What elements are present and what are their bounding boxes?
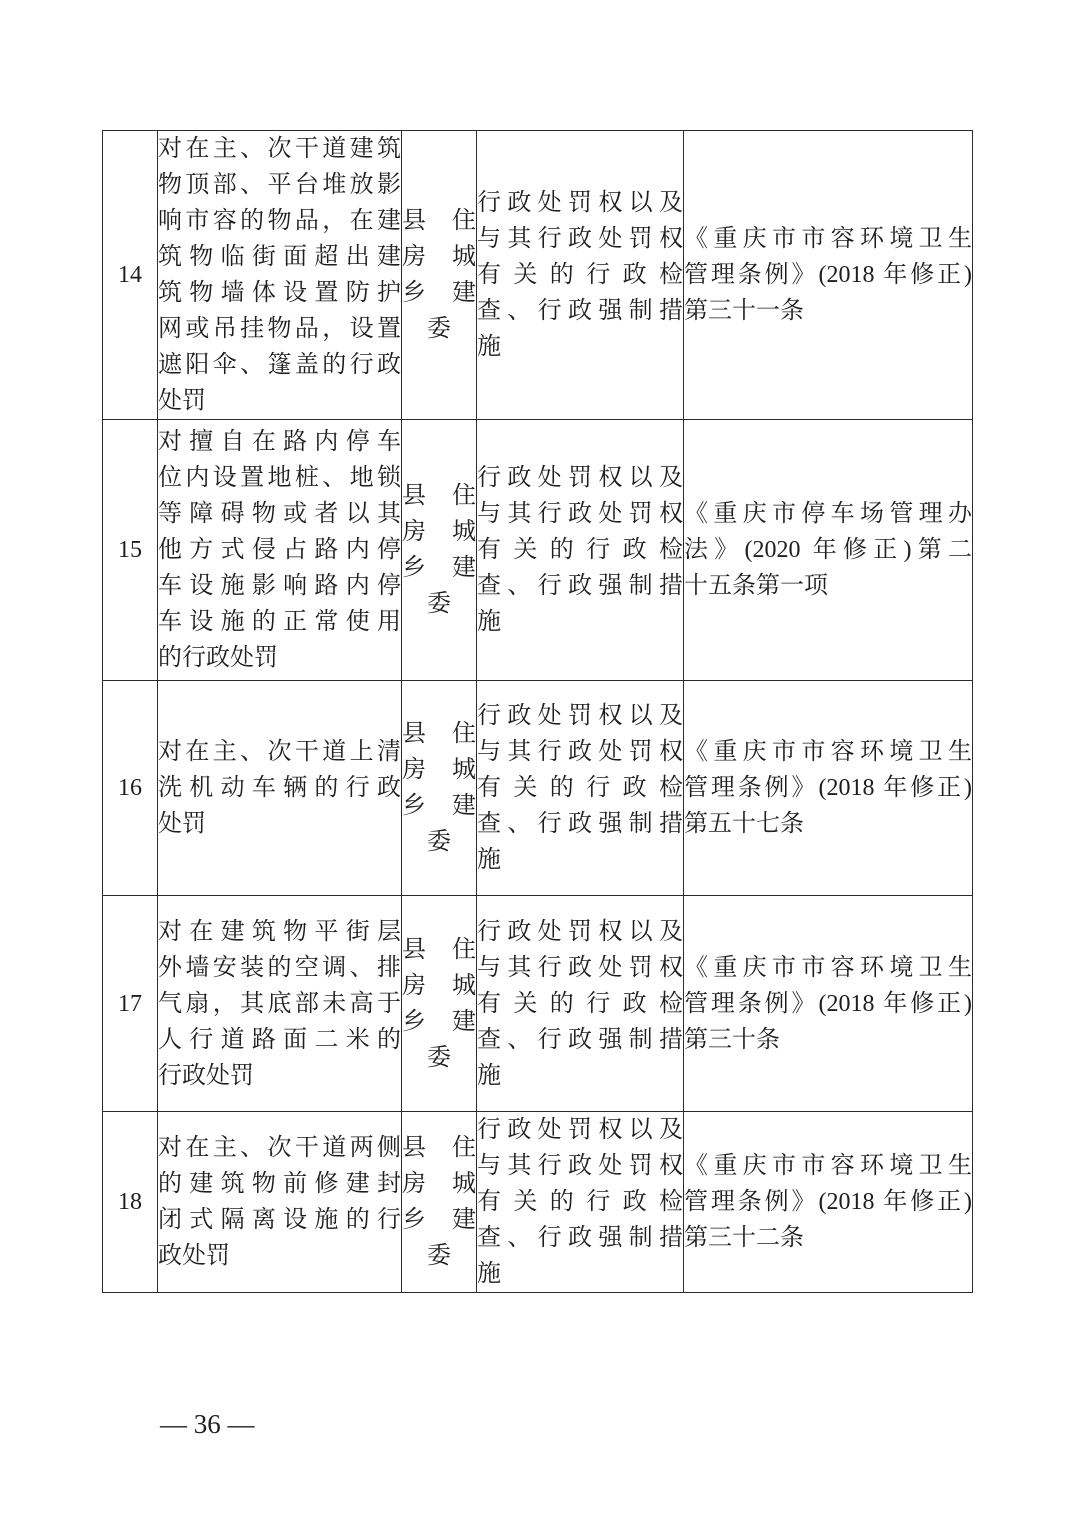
item-cell: 对在主、次干道建筑物顶部、平台堆放影响市容的物品，在建筑物临街面超出建筑物墙体设…: [158, 131, 402, 420]
table-row: 16 对在主、次干道上清洗机动车辆的行政处罚 县住房城乡建委 行政处罚权以及与其…: [103, 681, 973, 896]
legal-basis-cell: 《重庆市市容环境卫生管理条例》(2018 年修正)第三十二条: [684, 1112, 973, 1293]
legal-basis-cell: 《重庆市市容环境卫生管理条例》(2018 年修正)第三十条: [684, 896, 973, 1112]
powers-cell: 行政处罚权以及与其行政处罚权有关的行政检查、行政强制措施: [477, 131, 684, 420]
row-number-cell: 16: [103, 681, 158, 896]
row-number-cell: 18: [103, 1112, 158, 1293]
row-number-cell: 17: [103, 896, 158, 1112]
row-number-cell: 14: [103, 131, 158, 420]
table-row: 17 对在建筑物平街层外墙安装的空调、排气扇，其底部未高于人行道路面二米的行政处…: [103, 896, 973, 1112]
department-cell: 县住房城乡建委: [402, 896, 477, 1112]
powers-cell: 行政处罚权以及与其行政处罚权有关的行政检查、行政强制措施: [477, 420, 684, 681]
legal-basis-cell: 《重庆市市容环境卫生管理条例》(2018 年修正)第五十七条: [684, 681, 973, 896]
table-row: 18 对在主、次干道两侧的建筑物前修建封闭式隔离设施的行政处罚 县住房城乡建委 …: [103, 1112, 973, 1293]
document-page: { "page": { "footer_page_number": "— 36 …: [0, 0, 1074, 1520]
powers-cell: 行政处罚权以及与其行政处罚权有关的行政检查、行政强制措施: [477, 681, 684, 896]
legal-basis-cell: 《重庆市市容环境卫生管理条例》(2018 年修正)第三十一条: [684, 131, 973, 420]
department-cell: 县住房城乡建委: [402, 681, 477, 896]
item-cell: 对擅自在路内停车位内设置地桩、地锁等障碍物或者以其他方式侵占路内停车设施影响路内…: [158, 420, 402, 681]
powers-cell: 行政处罚权以及与其行政处罚权有关的行政检查、行政强制措施: [477, 896, 684, 1112]
table-row: 14 对在主、次干道建筑物顶部、平台堆放影响市容的物品，在建筑物临街面超出建筑物…: [103, 131, 973, 420]
department-cell: 县住房城乡建委: [402, 131, 477, 420]
department-cell: 县住房城乡建委: [402, 1112, 477, 1293]
powers-cell: 行政处罚权以及与其行政处罚权有关的行政检查、行政强制措施: [477, 1112, 684, 1293]
item-cell: 对在主、次干道两侧的建筑物前修建封闭式隔离设施的行政处罚: [158, 1112, 402, 1293]
department-cell: 县住房城乡建委: [402, 420, 477, 681]
legal-basis-cell: 《重庆市停车场管理办法》(2020 年修正)第二十五条第一项: [684, 420, 973, 681]
penalty-items-table: 14 对在主、次干道建筑物顶部、平台堆放影响市容的物品，在建筑物临街面超出建筑物…: [102, 130, 973, 1293]
table-row: 15 对擅自在路内停车位内设置地桩、地锁等障碍物或者以其他方式侵占路内停车设施影…: [103, 420, 973, 681]
row-number-cell: 15: [103, 420, 158, 681]
item-cell: 对在建筑物平街层外墙安装的空调、排气扇，其底部未高于人行道路面二米的行政处罚: [158, 896, 402, 1112]
item-cell: 对在主、次干道上清洗机动车辆的行政处罚: [158, 681, 402, 896]
page-number: — 36 —: [160, 1406, 255, 1442]
